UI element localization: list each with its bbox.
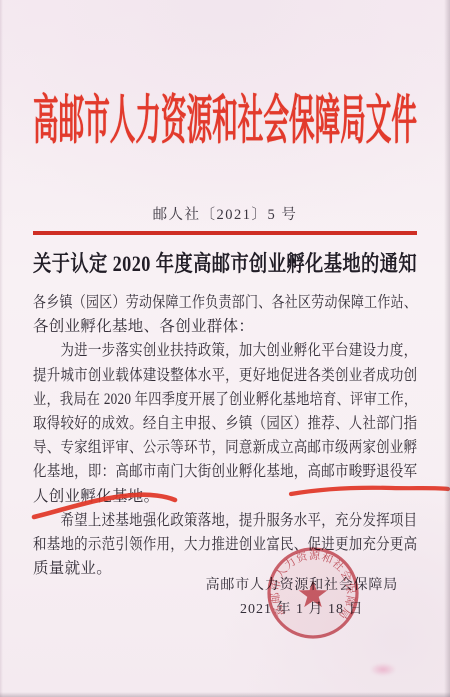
body-line: 希望上述基地强化政策落地，提升服务水平，充分发挥项目 bbox=[33, 509, 367, 533]
body-line: 导、专家组评审、公示等环节，同意新成立高邮市级两家创业孵 bbox=[33, 436, 367, 460]
body-line: 人创业孵化基地。 bbox=[33, 485, 417, 509]
addressee-line: 各乡镇（园区）劳动保障工作负责部门、各社区劳动保障工作站、 bbox=[33, 291, 355, 315]
body-line: 取得较好的成效。经自主申报、乡镇（园区）推荐、人社部门指 bbox=[33, 412, 367, 436]
body-line: 提升城市创业载体建设整体水平，更好地促进各类创业者成功创 bbox=[33, 364, 367, 388]
document-body: 各乡镇（园区）劳动保障工作负责部门、各社区劳动保障工作站、 各创业孵化基地、各创… bbox=[33, 291, 417, 581]
scan-edge-right bbox=[444, 0, 450, 697]
document-number: 邮人社〔2021〕5 号 bbox=[33, 203, 417, 224]
body-line: 为进一步落实创业扶持政策，加大创业孵化平台建设力度， bbox=[33, 339, 367, 363]
scan-edge-left bbox=[0, 0, 3, 697]
red-divider-line bbox=[33, 231, 417, 235]
document-title: 关于认定 2020 年度高邮市创业孵化基地的通知 bbox=[33, 250, 351, 278]
body-line: 化基地，即：高邮市南门大街创业孵化基地，高邮市畯野退役军 bbox=[33, 460, 367, 484]
official-seal: 高邮市人力资源和社会保障局 bbox=[265, 545, 361, 641]
addressee-line: 各创业孵化基地、各创业群体： bbox=[33, 315, 417, 339]
scanned-official-document: 高邮市人力资源和社会保障局文件 邮人社〔2021〕5 号 关于认定 2020 年… bbox=[0, 0, 450, 697]
red-header-title: 高邮市人力资源和社会保障局文件 bbox=[33, 94, 218, 148]
pink-smudge bbox=[370, 663, 396, 676]
scan-edge-bottom bbox=[0, 692, 450, 697]
body-line: 业，我局在 2020 年四季度开展了创业孵化基地培育、评审工作， bbox=[33, 388, 360, 412]
